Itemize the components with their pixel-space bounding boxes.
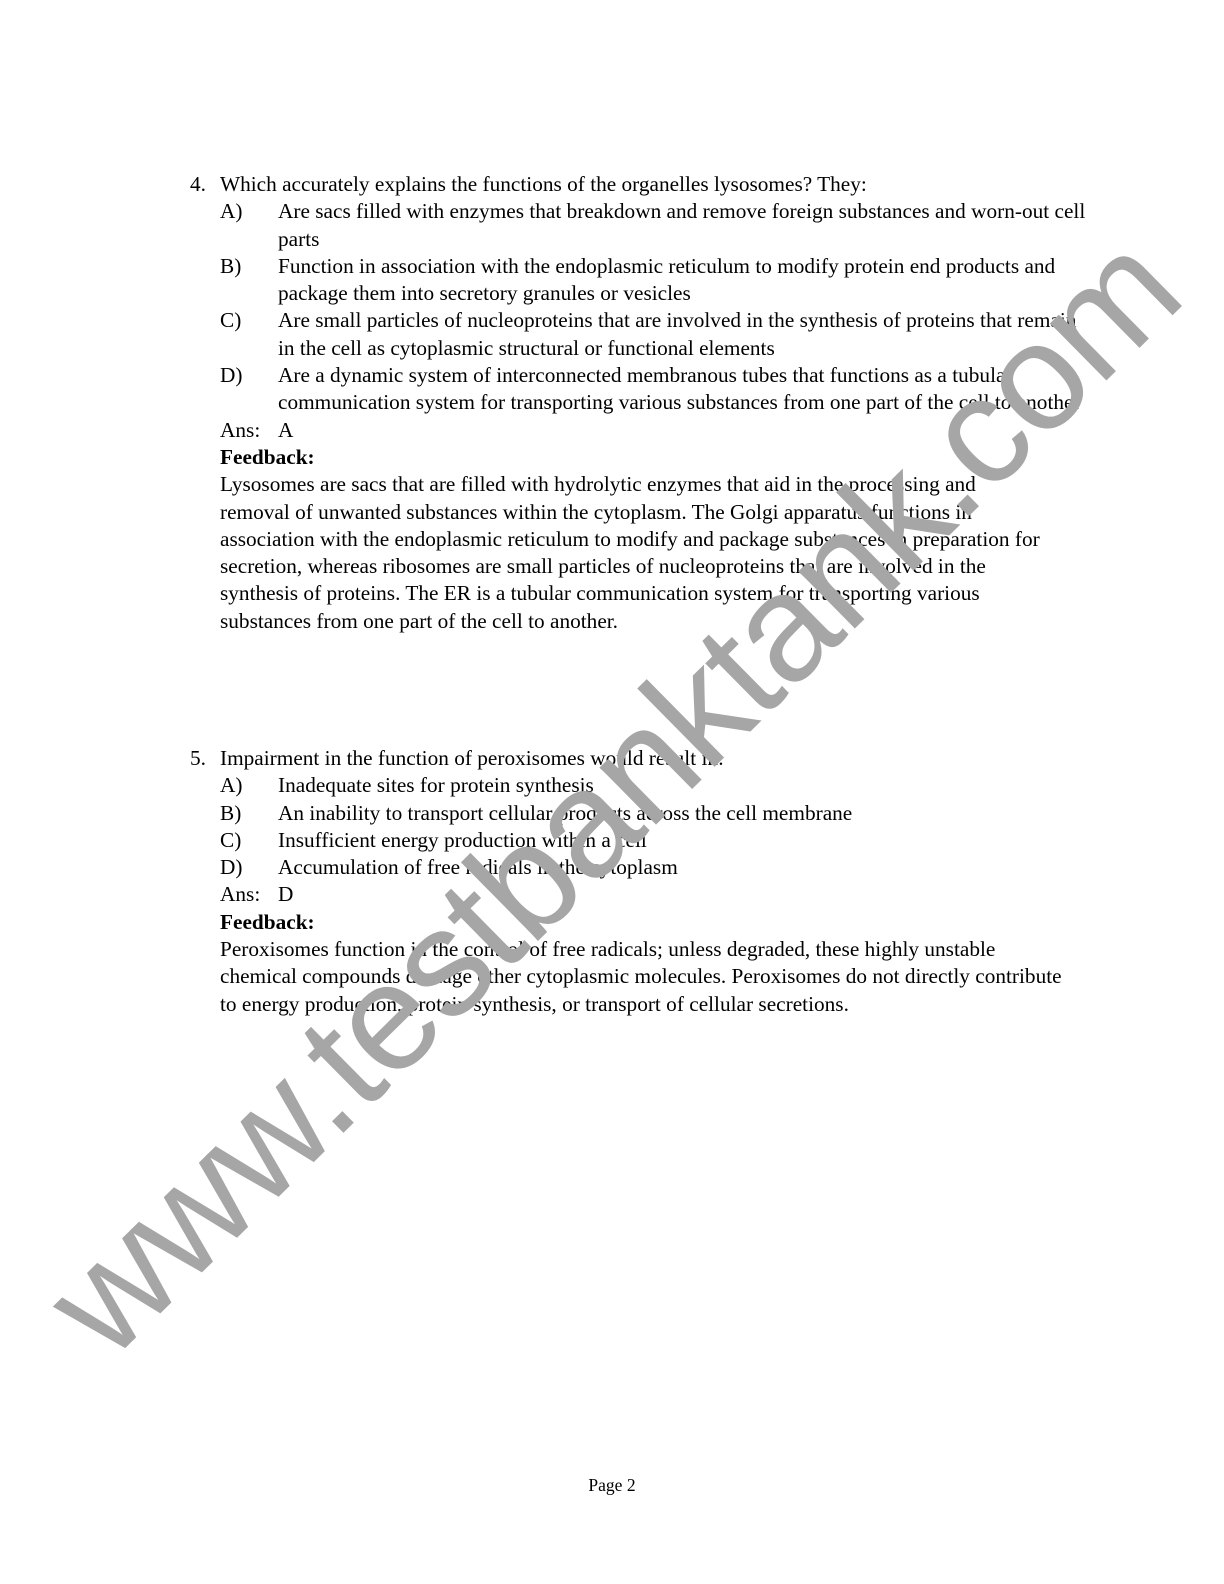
question-number: 5. <box>190 745 206 772</box>
answer-label: Ans: <box>220 417 278 444</box>
option-letter: D) <box>220 854 242 881</box>
option-d: D) Accumulation of free radicals in the … <box>190 854 1090 881</box>
question-number: 4. <box>190 171 206 198</box>
document-page: 4. Which accurately explains the functio… <box>0 0 1224 1584</box>
answer-value: D <box>278 882 293 906</box>
option-letter: D) <box>220 362 242 389</box>
option-text: Are small particles of nucleoproteins th… <box>278 308 1076 359</box>
feedback-label: Feedback: <box>190 444 1090 471</box>
option-text: Are sacs filled with enzymes that breakd… <box>278 199 1085 250</box>
question-stem: 5. Impairment in the function of peroxis… <box>190 745 1090 772</box>
option-letter: B) <box>220 800 241 827</box>
option-text: Insufficient energy production within a … <box>278 828 647 852</box>
page-number: Page 2 <box>0 1475 1224 1496</box>
option-c: C) Are small particles of nucleoproteins… <box>190 307 1090 362</box>
answer-value: A <box>278 418 293 442</box>
option-text: Inadequate sites for protein synthesis <box>278 773 594 797</box>
question-text: Impairment in the function of peroxisome… <box>220 746 724 770</box>
option-text: Are a dynamic system of interconnected m… <box>278 363 1081 414</box>
question-5: 5. Impairment in the function of peroxis… <box>190 745 1090 1018</box>
answer-line: Ans:A <box>190 417 1090 444</box>
question-stem: 4. Which accurately explains the functio… <box>190 171 1090 198</box>
option-letter: C) <box>220 307 241 334</box>
answer-line: Ans:D <box>190 881 1090 908</box>
feedback-text: Peroxisomes function in the control of f… <box>190 936 1075 1018</box>
option-b: B) An inability to transport cellular pr… <box>190 800 1090 827</box>
option-c: C) Insufficient energy production within… <box>190 827 1090 854</box>
option-a: A) Are sacs filled with enzymes that bre… <box>190 198 1090 253</box>
option-text: Function in association with the endopla… <box>278 254 1055 305</box>
question-4: 4. Which accurately explains the functio… <box>190 171 1090 635</box>
option-a: A) Inadequate sites for protein synthesi… <box>190 772 1090 799</box>
option-text: Accumulation of free radicals in the cyt… <box>278 855 678 879</box>
option-letter: A) <box>220 198 242 225</box>
option-d: D) Are a dynamic system of interconnecte… <box>190 362 1090 417</box>
option-b: B) Function in association with the endo… <box>190 253 1090 308</box>
feedback-label: Feedback: <box>190 909 1090 936</box>
question-text: Which accurately explains the functions … <box>220 172 867 196</box>
option-letter: A) <box>220 772 242 799</box>
option-text: An inability to transport cellular produ… <box>278 801 852 825</box>
option-letter: C) <box>220 827 241 854</box>
answer-label: Ans: <box>220 881 278 908</box>
option-letter: B) <box>220 253 241 280</box>
feedback-text: Lysosomes are sacs that are filled with … <box>190 471 1040 635</box>
